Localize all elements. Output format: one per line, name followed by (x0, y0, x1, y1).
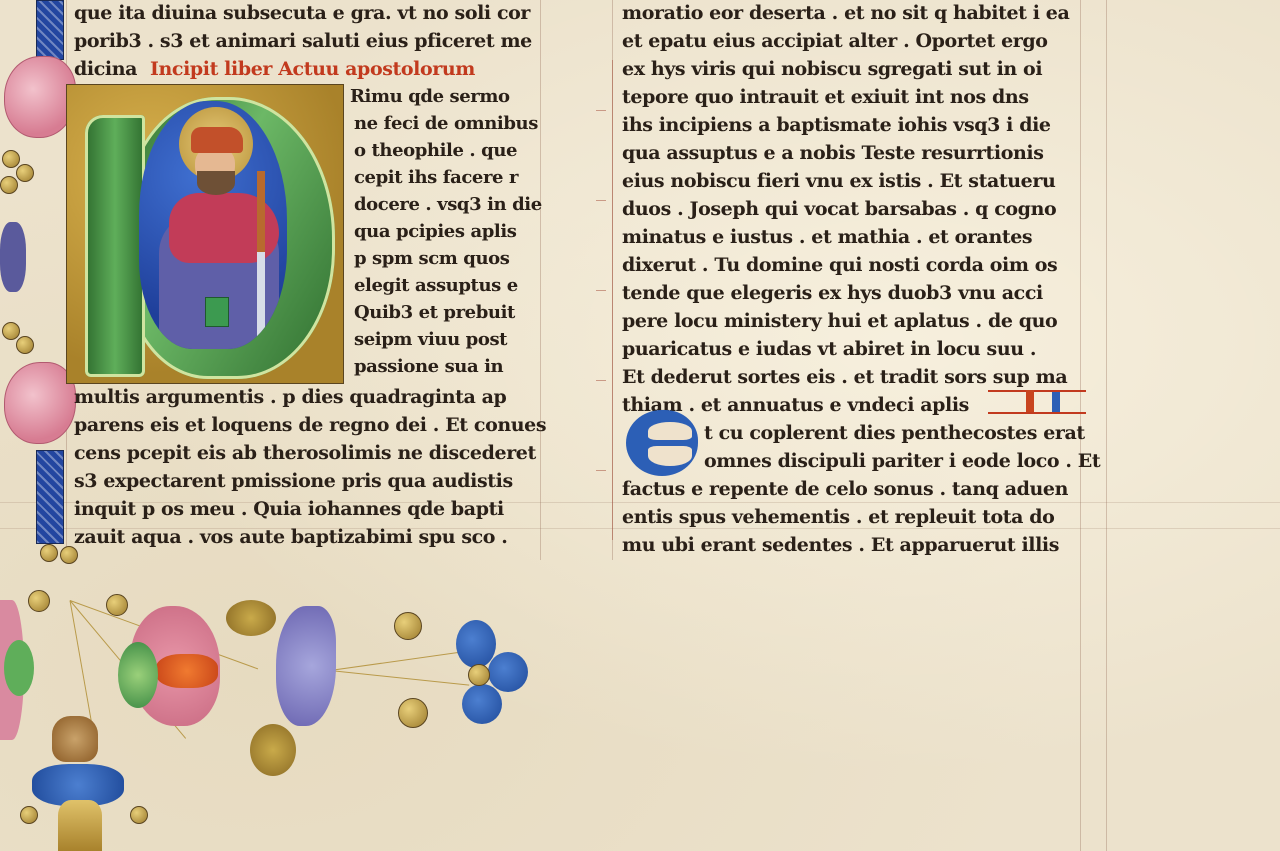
text-line: multis argumentis . p dies quadraginta a… (74, 386, 506, 408)
text-line: p spm scm quos (354, 248, 510, 269)
text-line: eius nobiscu fieri vnu ex istis . Et sta… (622, 170, 1055, 192)
purple-acanthus (276, 606, 336, 726)
text-line: ne feci de omnibus (354, 113, 538, 134)
text-line: qua assuptus e a nobis Teste resurrtioni… (622, 142, 1044, 164)
pen-flourish (588, 60, 613, 540)
text-line: o theophile . que (354, 140, 517, 161)
text-line: omnes discipuli pariter i eode loco . Et (704, 450, 1100, 472)
gold-bezant (394, 612, 422, 640)
red-seed-head (156, 654, 218, 688)
text-line: mu ubi erant sedentes . Et apparuerut il… (622, 534, 1059, 556)
gold-trefoil (16, 164, 34, 182)
text-line: ihs incipiens a baptismate iohis vsq3 i … (622, 114, 1051, 136)
green-leaf (4, 640, 34, 696)
text-line: ex hys viris qui nobiscu sgregati sut in… (622, 58, 1042, 80)
text-line: minatus e iustus . et mathia . et orante… (622, 226, 1032, 248)
rubric-heading: Incipit liber Actuu apostolorum (150, 58, 475, 80)
gold-crown-vase (52, 716, 98, 762)
gold-bezant (398, 698, 428, 728)
text-line: factus e repente de celo sonus . tanq ad… (622, 478, 1068, 500)
chapter-numeral-blue (1052, 392, 1060, 414)
blue-flower (0, 222, 26, 292)
text-line: moratio eor deserta . et no sit q habite… (622, 2, 1069, 24)
beard (197, 171, 235, 195)
manuscript-page: que ita diuina subsecuta e gra. vt no so… (0, 0, 1280, 851)
chapter-mark-rule (988, 412, 1086, 414)
gold-trefoil (250, 724, 296, 776)
gold-trefoil (2, 322, 20, 340)
initial-counter (648, 422, 692, 440)
text-line: passione sua in (354, 356, 503, 377)
gold-center (468, 664, 490, 686)
gold-trefoil (16, 336, 34, 354)
text-line: tende que elegeris ex hys duob3 vnu acci (622, 282, 1043, 304)
text-line: docere . vsq3 in die (354, 194, 542, 215)
text-line: cens pcepit eis ab therosolimis ne disce… (74, 442, 536, 464)
pen-flourish-stroke (596, 380, 606, 381)
initial-counter (648, 446, 692, 466)
text-line: zauit aqua . vos aute baptizabimi spu sc… (74, 526, 508, 548)
gold-trefoil (2, 150, 20, 168)
blue-initial-e (626, 410, 698, 476)
book (205, 297, 229, 327)
text-line: Quib3 et prebuit (354, 302, 515, 323)
ruling-line (1106, 0, 1107, 851)
text-line: pere locu ministery hui et aplatus . de … (622, 310, 1057, 332)
illuminated-initial-p (66, 84, 344, 384)
text-line: et epatu eius accipiat alter . Oportet e… (622, 30, 1048, 52)
text-line: puaricatus e iudas vt abiret in locu suu… (622, 338, 1036, 360)
blue-quatrefoil-petal (462, 684, 502, 724)
pen-flourish-stroke (596, 290, 606, 291)
text-line: Et dederut sortes eis . et tradit sors s… (622, 366, 1067, 388)
sword (257, 171, 265, 349)
ruling-line (540, 0, 541, 560)
blue-border-bar (36, 450, 64, 544)
pen-flourish-stroke (596, 470, 606, 471)
gold-bezant (40, 544, 58, 562)
gold-bezant (20, 806, 38, 824)
pen-flourish-stroke (596, 110, 606, 111)
green-leaf (118, 642, 158, 708)
gold-bezant (106, 594, 128, 616)
text-line: porib3 . s3 et animari saluti eius pfice… (74, 30, 532, 52)
text-line: dixerut . Tu domine qui nosti corda oim … (622, 254, 1057, 276)
blue-quatrefoil-petal (488, 652, 528, 692)
gold-trefoil (0, 176, 18, 194)
saint-portrait (139, 101, 287, 349)
text-line: tepore quo intrauit et exiuit int nos dn… (622, 86, 1029, 108)
gold-bezant (28, 590, 50, 612)
text-line: s3 expectarent pmissione pris qua audist… (74, 470, 513, 492)
text-line: parens eis et loquens de regno dei . Et … (74, 414, 546, 436)
blue-border-bar (36, 0, 64, 60)
red-hat (191, 127, 243, 153)
text-line: seipm viuu post (354, 329, 507, 350)
gold-bezant (60, 546, 78, 564)
chapter-mark-rule (988, 390, 1086, 392)
text-line: Rimu qde sermo (350, 86, 510, 107)
gold-penwork (330, 670, 469, 686)
text-line: elegit assuptus e (354, 275, 518, 296)
text-line: t cu coplerent dies penthecostes erat (704, 422, 1085, 444)
gold-penwork (330, 651, 469, 671)
text-line: qua pcipies aplis (354, 221, 517, 242)
gold-bezant (130, 806, 148, 824)
pen-flourish-stroke (596, 200, 606, 201)
text-line: entis spus vehementis . et repleuit tota… (622, 506, 1054, 528)
text-line: inquit p os meu . Quia iohannes qde bapt… (74, 498, 504, 520)
text-line: dicina (74, 58, 137, 80)
gold-vase-base (58, 800, 102, 851)
text-line: duos . Joseph qui vocat barsabas . q cog… (622, 198, 1056, 220)
chapter-numeral-red (1026, 390, 1034, 414)
gold-trefoil (226, 600, 276, 636)
text-line: cepit ihs facere r (354, 167, 518, 188)
chapter-mark (988, 386, 1086, 416)
text-line: que ita diuina subsecuta e gra. vt no so… (74, 2, 530, 24)
initial-stem (85, 115, 145, 377)
